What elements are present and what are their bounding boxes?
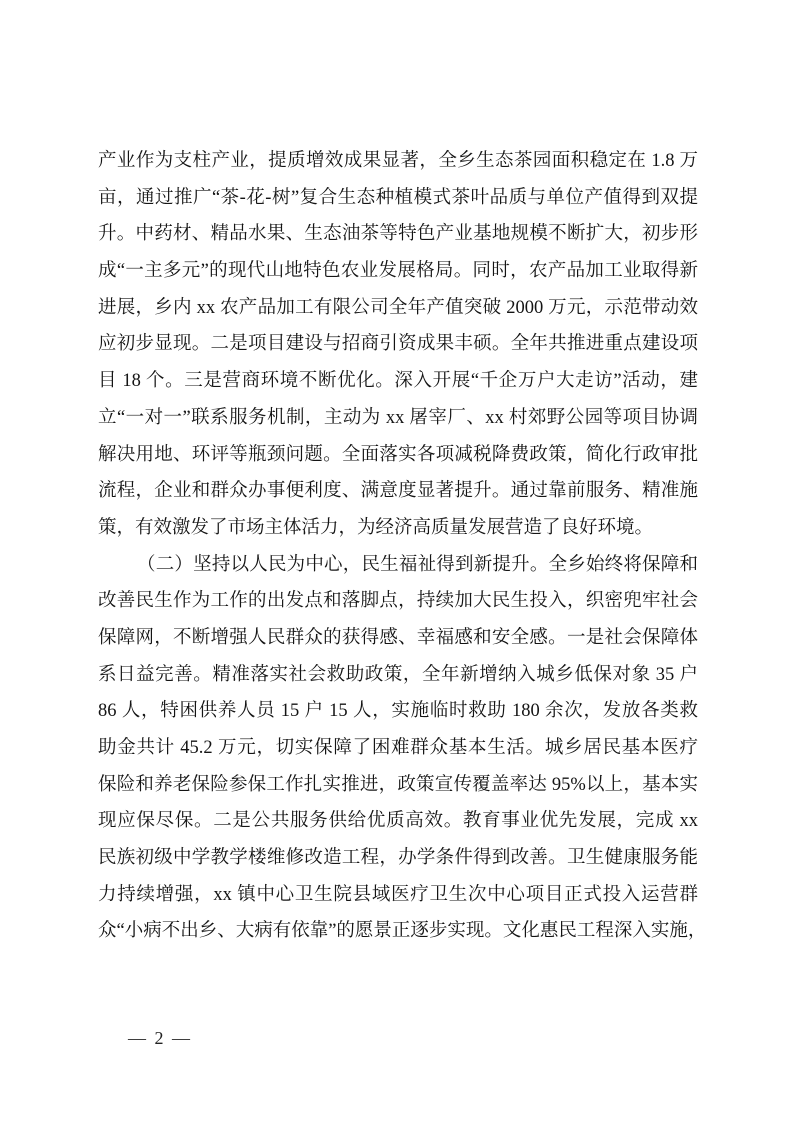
text-line: 现应保尽保。二是公共服务供给优质高效。教育事业优先发展，完成 xx [98, 803, 698, 840]
text-line: 民族初级中学教学楼维修改造工程，办学条件得到改善。卫生健康服务能 [98, 840, 698, 877]
text-line: 保险和养老保险参保工作扎实推进，政策宣传覆盖率达 95%以上，基本实 [98, 767, 698, 804]
text-line: 进展，乡内 xx 农产品加工有限公司全年产值突破 2000 万元，示范带动效 [98, 290, 698, 327]
text-line-section-start: （二）坚持以人民为中心，民生福祉得到新提升。全乡始终将保障和 [98, 547, 698, 584]
text-line: 解决用地、环评等瓶颈问题。全面落实各项减税降费政策，简化行政审批 [98, 437, 698, 474]
document-body: 产业作为支柱产业，提质增效成果显著，全乡生态茶园面积稳定在 1.8 万 亩，通过… [98, 143, 698, 950]
page-number: — 2 — [128, 1025, 192, 1051]
text-line: 应初步显现。二是项目建设与招商引资成果丰硕。全年共推进重点建设项 [98, 326, 698, 363]
text-line: 86 人，特困供养人员 15 户 15 人，实施临时救助 180 余次，发放各类… [98, 693, 698, 730]
text-line: 成“一主多元”的现代山地特色农业发展格局。同时，农产品加工业取得新 [98, 253, 698, 290]
text-line: 力持续增强，xx 镇中心卫生院县域医疗卫生次中心项目正式投入运营群 [98, 877, 698, 914]
text-line-paragraph-end: 策，有效激发了市场主体活力，为经济高质量发展营造了良好环境。 [98, 510, 698, 547]
text-line: 产业作为支柱产业，提质增效成果显著，全乡生态茶园面积稳定在 1.8 万 [98, 143, 698, 180]
section-heading: （二）坚持以人民为中心，民生福祉得到新提升。 [137, 555, 549, 575]
text-line: 立“一对一”联系服务机制，主动为 xx 屠宰厂、xx 村郊野公园等项目协调 [98, 400, 698, 437]
text-line: 助金共计 45.2 万元，切实保障了困难群众基本生活。城乡居民基本医疗 [98, 730, 698, 767]
text-line: 目 18 个。三是营商环境不断优化。深入开展“千企万户大走访”活动，建 [98, 363, 698, 400]
text-line: 系日益完善。精准落实社会救助政策，全年新增纳入城乡低保对象 35 户 [98, 657, 698, 694]
text-run: 全乡始终将保障和 [549, 555, 698, 575]
text-line: 改善民生作为工作的出发点和落脚点，持续加大民生投入，织密兜牢社会 [98, 583, 698, 620]
text-line: 升。中药材、精品水果、生态油茶等特色产业基地规模不断扩大，初步形 [98, 216, 698, 253]
text-line: 亩，通过推广“茶-花-树”复合生态种植模式茶叶品质与单位产值得到双提 [98, 180, 698, 217]
text-line: 保障网，不断增强人民群众的获得感、幸福感和安全感。一是社会保障体 [98, 620, 698, 657]
text-line: 流程，企业和群众办事便利度、满意度显著提升。通过靠前服务、精准施 [98, 473, 698, 510]
text-line: 众“小病不出乡、大病有依靠”的愿景正逐步实现。文化惠民工程深入实施， [98, 913, 698, 950]
